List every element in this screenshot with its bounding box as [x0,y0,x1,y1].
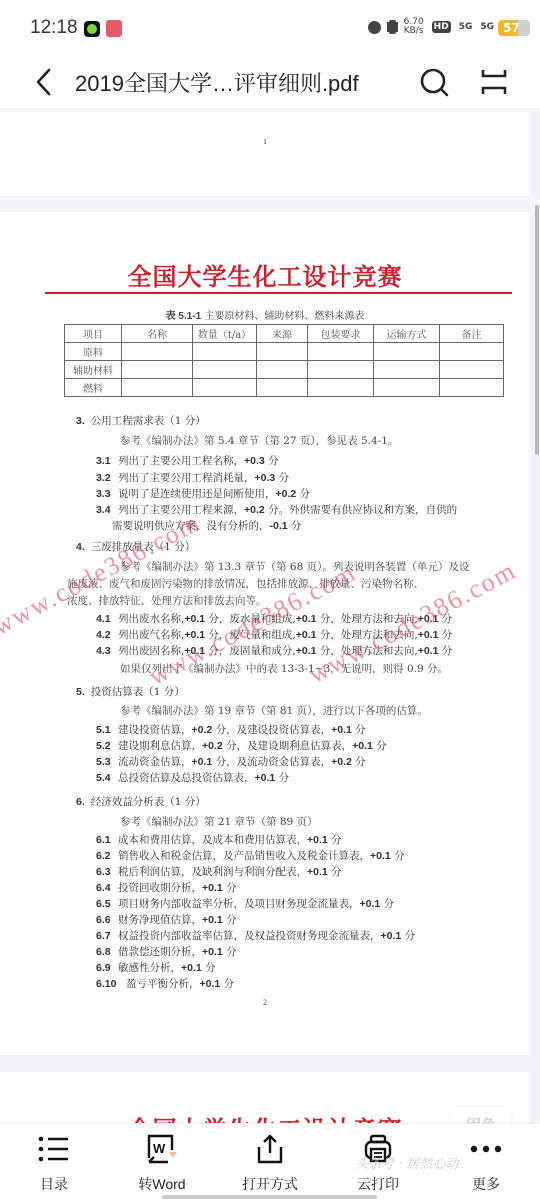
item-points: +0.1 [200,978,221,990]
criteria-item: 6.8借款偿还期分析，+0.1 分 [96,944,237,959]
item-number: 3.2 [96,472,118,484]
more-label: 更多 [472,1174,500,1194]
item-points: +0.1 [307,866,328,878]
toc-label: 目录 [40,1174,68,1194]
table-cell [193,361,257,379]
item-text: 盈亏平衡分析， [126,978,200,990]
table-caption-number: 表 5.1-1 [166,311,202,322]
criteria-item: 6.2销售收入和税金估算，及产品销售收入及税金计算表，+0.1 分 [96,848,405,863]
table-cell [440,379,504,397]
item-unit: 分 [328,834,342,846]
item-unit: 分 [202,962,216,974]
item-text: 流动资金估算， [118,756,192,768]
item-text: 列出了主要公用工程消耗量， [118,472,255,484]
item-unit: 分 [380,898,394,910]
item-points: +0.2 [276,488,297,500]
item-unit: 分 [328,866,342,878]
item-number: 3.4 [96,504,118,516]
hd-voice-icon: HD [432,21,451,33]
section-title: 3.公用工程需求表（1 分） [76,413,206,428]
criteria-item: 6.1成本和费用估算，及成本和费用估算表，+0.1 分 [96,832,342,847]
table-cell [308,379,374,397]
table-caption: 表 5.1-1 主要原材料、辅助材料、燃料来源表 [0,307,530,322]
section-note: 如果仅列出了《编制办法》中的表 13-3-1~3，无说明，则得 0.9 分。 [120,661,448,676]
table-cell [257,361,308,379]
section-reference: 参考《编制办法》第 19 章节（第 81 页），进行以下各项的估算。 [120,703,428,718]
item-points: -0.1 [270,520,288,532]
convert-word-button[interactable]: W 转Word [108,1124,216,1200]
criteria-item: 5.3流动资金估算，+0.1 分，及流动资金估算表，+0.2 分 [96,754,366,769]
item-text: 销售收入和税金估算，及产品销售收入及税金计算表， [118,850,370,862]
item-number: 6.3 [96,866,118,878]
section-paragraph-line: 浓度、排放特征、处理方法和排放去向等。 [67,593,267,608]
item-points: +0.1 [181,962,202,974]
section-title-text: 经济效益分析表（1 分） [91,796,206,808]
table-cell [440,343,504,361]
item-unit: 分 [391,850,405,862]
item-text: 分，废水量和组成, [205,613,296,625]
item-points: +0.1 [381,930,402,942]
item-number: 5.4 [96,772,118,784]
more-icon [469,1132,503,1166]
section-reference: 参考《编制办法》第 21 章节（第 89 页） [120,814,318,829]
table-header: 来源 [257,325,308,343]
item-text: 投资回收期分析， [118,882,202,894]
item-points: +0.1 [255,772,276,784]
cloud-print-label: 云打印 [357,1174,399,1194]
item-unit: 分 [438,629,452,641]
item-text: 分，及流动资金估算表， [212,756,331,768]
item-text: 列出了主要公用工程来源， [118,504,244,516]
scrollbar[interactable] [535,205,539,455]
item-number: 6.9 [96,962,118,974]
signal-5g-icon-2: 5G [480,22,494,32]
item-number: 6.4 [96,882,118,894]
convert-word-label: 转Word [138,1174,185,1194]
section-title: 5.投资估算表（1 分） [76,684,185,699]
table-cell [257,379,308,397]
item-text: 分，及建设投资估算表， [212,724,331,736]
fit-width-button[interactable] [478,66,510,98]
section-title-text: 公用工程需求表（1 分） [91,415,206,427]
item-number: 6.7 [96,930,118,942]
section-paragraph-line: 参考《编制办法》第 13.3 章节（第 68 页）。列表说明各装置（单元）及设 [120,559,469,574]
battery-icon: 57 [498,20,530,36]
criteria-item: 5.1建设投资估算，+0.2 分，及建设投资估算表，+0.1 分 [96,722,366,737]
criteria-item: 5.2建设期利息估算，+0.2 分，及建设期利息估算表，+0.1 分 [96,738,387,753]
overlay-watermark: 头条号 · 居然心动 [355,1153,458,1172]
table-cell [122,361,193,379]
item-text: 分，废气量和组成, [205,629,296,641]
criteria-item: 6.7权益投资内部收益率估算，及权益投资财务现金流量表，+0.1 分 [96,928,415,943]
criteria-item: 3.2列出了主要公用工程消耗量，+0.3 分 [96,470,289,485]
status-bar: 12:18 6.70 KB/s HD 5G 5G 57 [0,0,540,56]
table-row: 原料 [65,343,504,361]
item-unit: 分 [275,772,289,784]
item-points: +0.2 [202,740,223,752]
app-header: 2019全国大学…评审细则.pdf [0,56,540,108]
item-points: +0.1 [184,645,205,657]
item-points: +0.1 [352,740,373,752]
item-points: +0.1 [184,629,205,641]
criteria-item: 6.6财务净现值估算，+0.1 分 [96,912,237,927]
item-number: 6.2 [96,850,118,862]
item-points: +0.1 [192,756,213,768]
list-icon [37,1132,71,1166]
item-text: 列出废固名称, [118,645,184,657]
page-number: 2 [0,998,530,1007]
item-text: 建设投资估算， [118,724,192,736]
section-number: 6. [76,796,85,808]
item-points: +0.1 [418,645,439,657]
item-points: +0.3 [255,472,276,484]
materials-table: 项目 名称 数量（t/a） 来源 包装要求 运输方式 备注 原料 辅助材料 燃料 [64,324,504,397]
open-with-label: 打开方式 [242,1174,298,1194]
item-text: 列出废气名称, [118,629,184,641]
item-number: 4.3 [96,645,118,657]
item-unit: 分 [223,946,237,958]
pdf-page-2: 全国大学生化工设计竞赛 表 5.1-1 主要原材料、辅助材料、燃料来源表 项目 … [0,212,530,1055]
item-number: 6.8 [96,946,118,958]
net-speed-unit: KB/s [404,27,424,36]
criteria-item: 6.3税后利润估算，及缺利润与利润分配表，+0.1 分 [96,864,342,879]
item-points: +0.1 [331,724,352,736]
pdf-page-1: 1 [0,112,530,196]
item-points: +0.1 [202,946,223,958]
item-unit: 分 [296,488,310,500]
alarm-icon [368,21,381,34]
search-button[interactable] [418,66,450,98]
table-header: 包装要求 [308,325,374,343]
table-row: 燃料 [65,379,504,397]
item-number: 6.1 [96,834,118,846]
item-points: +0.1 [202,882,223,894]
item-text: 分，处理方法和去向, [317,613,418,625]
item-text: 分，废固量和成分, [205,645,296,657]
item-unit: 分 [352,724,366,736]
criteria-item: 5.4总投资估算及总投资估算表，+0.1 分 [96,770,289,785]
battery-percent: 57 [498,20,530,36]
table-row: 辅助材料 [65,361,504,379]
criteria-item-continued: 需要说明供应方案，没有分析的，-0.1 分 [112,518,301,533]
bottom-toolbar: 目录 W 转Word 打开方式 云打印 更多 [0,1123,540,1200]
item-text: 分，及建设期利息估算表， [223,740,352,752]
app-notification-icon-2 [106,20,122,37]
item-text: 税后利润估算，及缺利润与利润分配表， [118,866,307,878]
item-unit: 分 [438,613,452,625]
item-unit: 分 [275,472,289,484]
item-unit: 分 [223,914,237,926]
item-unit: 分 [401,930,415,942]
home-indicator[interactable] [162,1195,377,1199]
item-number: 5.1 [96,724,118,736]
item-points: +0.2 [331,756,352,768]
item-text: 成本和费用估算，及成本和费用估算表， [118,834,307,846]
item-text: 列出废水名称, [118,613,184,625]
table-header: 备注 [440,325,504,343]
section-title: 4.三废排放量表（1 分） [76,539,195,554]
section-paragraph-line: 施废液、废气和废固污染物的排放情况，包括排放源、排放量、污染物名称、 [67,576,424,591]
share-icon [253,1132,287,1166]
item-points: +0.1 [296,645,317,657]
table-cell [308,361,374,379]
status-indicators: 6.70 KB/s HD 5G 5G [368,18,494,36]
table-cell [374,343,440,361]
item-text: 说明了是连续使用还是间断使用， [118,488,276,500]
item-unit: 分。外供需要有供应协议和方案，自供的 [265,504,457,516]
criteria-item: 3.3说明了是连续使用还是间断使用，+0.2 分 [96,486,310,501]
item-points: +0.1 [184,613,205,625]
table-cell [257,343,308,361]
table-header: 数量（t/a） [193,325,257,343]
item-unit: 分 [223,882,237,894]
item-points: +0.1 [418,613,439,625]
table-caption-text: 主要原材料、辅助材料、燃料来源表 [204,311,364,322]
table-header-row: 项目 名称 数量（t/a） 来源 包装要求 运输方式 备注 [65,325,504,343]
page-number: 1 [0,137,530,146]
item-points: +0.2 [192,724,213,736]
table-cell: 原料 [65,343,122,361]
item-text: 总投资估算及总投资估算表， [118,772,255,784]
item-text: 借款偿还期分析， [118,946,202,958]
item-unit: 分 [438,645,452,657]
table-cell [308,343,374,361]
table-cell [440,361,504,379]
table-cell [193,379,257,397]
criteria-item: 4.1列出废水名称,+0.1 分，废水量和组成,+0.1 分，处理方法和去向,+… [96,611,452,626]
table-cell: 燃料 [65,379,122,397]
item-unit: 分 [265,455,279,467]
search-icon [418,66,450,98]
document-title: 2019全国大学…评审细则.pdf [75,67,359,98]
status-time: 12:18 [30,17,78,39]
table-cell [374,361,440,379]
svg-text:W: W [153,1141,166,1156]
table-header: 项目 [65,325,122,343]
item-text: 分，处理方法和去向, [317,645,418,657]
criteria-item: 6.10盈亏平衡分析，+0.1 分 [96,976,234,991]
criteria-item: 3.4列出了主要公用工程来源，+0.2 分。外供需要有供应协议和方案，自供的 [96,502,457,517]
item-points: +0.1 [307,834,328,846]
network-speed: 6.70 KB/s [404,18,424,36]
table-header: 运输方式 [374,325,440,343]
criteria-item: 4.2列出废气名称,+0.1 分，废气量和组成,+0.1 分，处理方法和去向,+… [96,627,452,642]
criteria-item: 6.4投资回收期分析，+0.1 分 [96,880,237,895]
item-number: 3.3 [96,488,118,500]
section-title-text: 投资估算表（1 分） [91,686,185,698]
item-points: +0.1 [370,850,391,862]
heading-divider [45,292,512,294]
item-number: 4.2 [96,629,118,641]
item-text: 项目财务内部收益率分析，及项目财务现金流量表， [118,898,360,910]
section-number: 3. [76,415,85,427]
table-cell [374,379,440,397]
table-cell: 辅助材料 [65,361,122,379]
item-points: +0.3 [244,455,265,467]
item-points: +0.1 [360,898,381,910]
vibrate-icon [389,20,396,34]
item-points: +0.2 [244,504,265,516]
item-unit: 分 [288,520,302,532]
section-number: 4. [76,541,85,553]
item-number: 6.6 [96,914,118,926]
criteria-item: 6.9敏感性分析，+0.1 分 [96,960,216,975]
item-unit: 分 [352,756,366,768]
item-text: 需要说明供应方案，没有分析的， [112,520,270,532]
chevron-left-icon [30,66,60,98]
item-unit: 分 [220,978,234,990]
criteria-item: 3.1列出了主要公用工程名称，+0.3 分 [96,453,279,468]
item-text: 建设期利息估算， [118,740,202,752]
item-number: 6.5 [96,898,118,910]
section-reference: 参考《编制办法》第 5.4 章节（第 27 页），参见表 5.4-1。 [120,433,398,448]
criteria-item: 4.3列出废固名称,+0.1 分，废固量和成分,+0.1 分，处理方法和去向,+… [96,643,452,658]
item-text: 分，处理方法和去向, [317,629,418,641]
back-button[interactable] [30,66,60,98]
table-cell [122,379,193,397]
item-text: 列出了主要公用工程名称， [118,455,244,467]
item-text: 财务净现值估算， [118,914,202,926]
word-convert-icon: W [145,1132,179,1166]
section-number: 5. [76,686,85,698]
item-text: 敏感性分析， [118,962,181,974]
item-unit: 分 [373,740,387,752]
document-heading: 全国大学生化工设计竞赛 [0,257,530,292]
table-header: 名称 [122,325,193,343]
table-cell [122,343,193,361]
section-title: 6.经济效益分析表（1 分） [76,794,206,809]
open-with-button[interactable]: 打开方式 [216,1124,324,1200]
item-points: +0.1 [296,613,317,625]
item-points: +0.1 [296,629,317,641]
item-points: +0.1 [418,629,439,641]
section-title-text: 三废排放量表（1 分） [91,541,196,553]
item-number: 3.1 [96,455,118,467]
table-cell [193,343,257,361]
item-points: +0.1 [202,914,223,926]
criteria-item: 6.5项目财务内部收益率分析，及项目财务现金流量表，+0.1 分 [96,896,394,911]
fit-width-icon [478,66,510,98]
toc-button[interactable]: 目录 [0,1124,108,1200]
item-number: 6.10 [96,978,126,990]
item-number: 4.1 [96,613,118,625]
item-number: 5.2 [96,740,118,752]
app-notification-icon [84,21,100,37]
item-number: 5.3 [96,756,118,768]
signal-5g-icon: 5G [459,22,473,32]
item-text: 权益投资内部收益率估算，及权益投资财务现金流量表， [118,930,381,942]
